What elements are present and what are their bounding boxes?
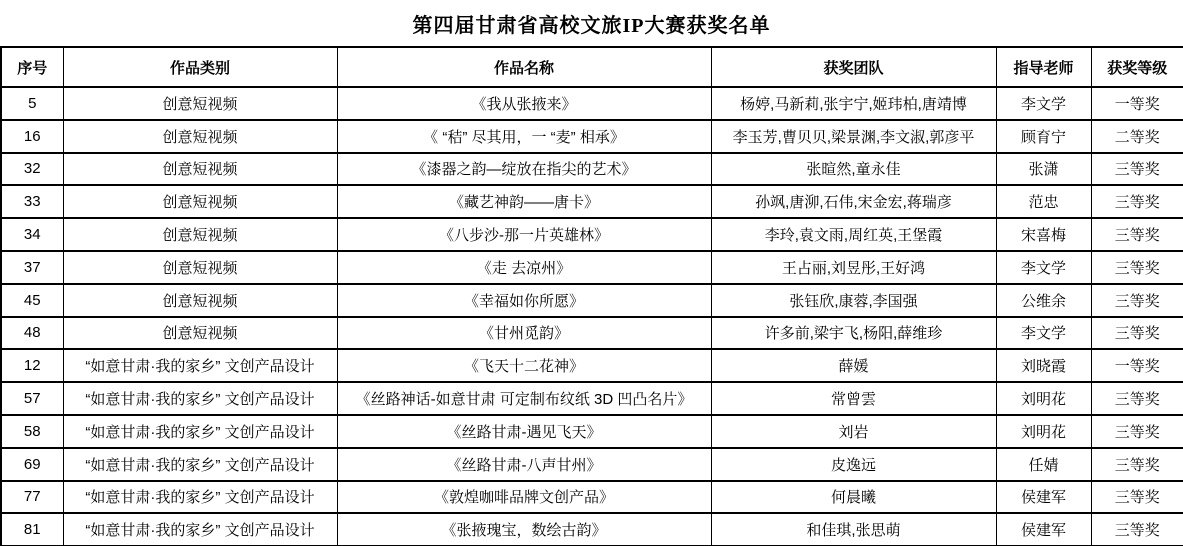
table-cell: 李文学	[996, 87, 1091, 120]
header-row: 序号 作品类别 作品名称 获奖团队 指导老师 获奖等级	[1, 47, 1183, 87]
table-cell: 皮逸远	[711, 448, 996, 481]
table-cell: 《八步沙-那一片英雄林》	[337, 218, 711, 251]
table-cell: 《走 去凉州》	[337, 251, 711, 284]
table-cell: 《我从张掖来》	[337, 87, 711, 120]
table-cell: 32	[1, 153, 63, 186]
table-cell: 李玲,袁文雨,周红英,王堡霞	[711, 218, 996, 251]
table-cell: 任婧	[996, 448, 1091, 481]
table-cell: 刘明花	[996, 415, 1091, 448]
table-cell: 创意短视频	[63, 284, 337, 317]
table-row: 77“如意甘肃·我的家乡” 文创产品设计《敦煌咖啡品牌文创产品》何晨曦侯建军三等…	[1, 481, 1183, 514]
table-row: 57“如意甘肃·我的家乡” 文创产品设计《丝路神话-如意甘肃 可定制布纹纸 3D…	[1, 382, 1183, 415]
table-cell: 刘岩	[711, 415, 996, 448]
table-cell: 三等奖	[1091, 317, 1183, 350]
page-title: 第四届甘肃省高校文旅IP大赛获奖名单	[413, 9, 771, 38]
table-cell: 创意短视频	[63, 185, 337, 218]
table-cell: 李文学	[996, 317, 1091, 350]
table-cell: “如意甘肃·我的家乡” 文创产品设计	[63, 513, 337, 546]
table-cell: 侯建军	[996, 481, 1091, 514]
table-cell: 张暄然,童永佳	[711, 153, 996, 186]
table-cell: 《 “秸” 尽其用，一 “麦” 相承》	[337, 120, 711, 153]
table-cell: 37	[1, 251, 63, 284]
table-cell: 张潇	[996, 153, 1091, 186]
table-cell: 二等奖	[1091, 120, 1183, 153]
table-row: 45创意短视频《幸福如你所愿》张钰欣,康蓉,李国强公维余三等奖	[1, 284, 1183, 317]
table-cell: 三等奖	[1091, 481, 1183, 514]
table-cell: 《丝路甘肃-八声甘州》	[337, 448, 711, 481]
column-header-advisor: 指导老师	[996, 47, 1091, 87]
table-cell: 三等奖	[1091, 153, 1183, 186]
table-cell: 《飞天十二花神》	[337, 349, 711, 382]
table-cell: 三等奖	[1091, 218, 1183, 251]
table-row: 5创意短视频《我从张掖来》杨婷,马新莉,张宇宁,姬玮柏,唐靖博李文学一等奖	[1, 87, 1183, 120]
table-cell: 三等奖	[1091, 382, 1183, 415]
table-cell: 48	[1, 317, 63, 350]
table-cell: 三等奖	[1091, 448, 1183, 481]
table-cell: 创意短视频	[63, 218, 337, 251]
table-cell: 《藏艺神韵——唐卡》	[337, 185, 711, 218]
column-header-work: 作品名称	[337, 47, 711, 87]
table-cell: “如意甘肃·我的家乡” 文创产品设计	[63, 481, 337, 514]
table-cell: 《甘州觅韵》	[337, 317, 711, 350]
table-cell: 《敦煌咖啡品牌文创产品》	[337, 481, 711, 514]
table-cell: 何晨曦	[711, 481, 996, 514]
table-cell: 58	[1, 415, 63, 448]
table-cell: 杨婷,马新莉,张宇宁,姬玮柏,唐靖博	[711, 87, 996, 120]
title-bar: 第四届甘肃省高校文旅IP大赛获奖名单	[0, 0, 1183, 46]
table-row: 32创意短视频《漆器之韵—绽放在指尖的艺术》张暄然,童永佳张潇三等奖	[1, 153, 1183, 186]
table-cell: 三等奖	[1091, 251, 1183, 284]
table-cell: 57	[1, 382, 63, 415]
table-cell: 刘明花	[996, 382, 1091, 415]
table-row: 81“如意甘肃·我的家乡” 文创产品设计《张掖瑰宝，数绘古韵》和佳琪,张思萌侯建…	[1, 513, 1183, 546]
table-row: 48创意短视频《甘州觅韵》许多前,梁宇飞,杨阳,薛维珍李文学三等奖	[1, 317, 1183, 350]
table-row: 16创意短视频《 “秸” 尽其用，一 “麦” 相承》李玉芳,曹贝贝,梁景渊,李文…	[1, 120, 1183, 153]
table-cell: 张钰欣,康蓉,李国强	[711, 284, 996, 317]
table-cell: 33	[1, 185, 63, 218]
table-cell: 《丝路甘肃-遇见飞天》	[337, 415, 711, 448]
table-cell: 刘晓霞	[996, 349, 1091, 382]
table-cell: 创意短视频	[63, 120, 337, 153]
table-row: 33创意短视频《藏艺神韵——唐卡》孙飒,唐泖,石伟,宋金宏,蒋瑞彦范忠三等奖	[1, 185, 1183, 218]
table-cell: 和佳琪,张思萌	[711, 513, 996, 546]
table-cell: “如意甘肃·我的家乡” 文创产品设计	[63, 415, 337, 448]
table-cell: 李玉芳,曹贝贝,梁景渊,李文淑,郭彦平	[711, 120, 996, 153]
table-cell: 34	[1, 218, 63, 251]
awards-table: 序号 作品类别 作品名称 获奖团队 指导老师 获奖等级 5创意短视频《我从张掖来…	[0, 46, 1183, 546]
table-cell: 顾育宁	[996, 120, 1091, 153]
table-cell: 侯建军	[996, 513, 1091, 546]
table-cell: 创意短视频	[63, 153, 337, 186]
table-cell: 77	[1, 481, 63, 514]
table-row: 37创意短视频《走 去凉州》王占丽,刘昱彤,王好鸿李文学三等奖	[1, 251, 1183, 284]
table-cell: 公维余	[996, 284, 1091, 317]
table-cell: 许多前,梁宇飞,杨阳,薛维珍	[711, 317, 996, 350]
table-cell: 王占丽,刘昱彤,王好鸿	[711, 251, 996, 284]
table-cell: 创意短视频	[63, 87, 337, 120]
table-cell: 创意短视频	[63, 317, 337, 350]
table-cell: 12	[1, 349, 63, 382]
table-cell: 69	[1, 448, 63, 481]
table-cell: 宋喜梅	[996, 218, 1091, 251]
table-cell: 薛媛	[711, 349, 996, 382]
table-row: 12“如意甘肃·我的家乡” 文创产品设计《飞天十二花神》薛媛刘晓霞一等奖	[1, 349, 1183, 382]
column-header-index: 序号	[1, 47, 63, 87]
table-cell: “如意甘肃·我的家乡” 文创产品设计	[63, 382, 337, 415]
table-cell: 《丝路神话-如意甘肃 可定制布纹纸 3D 凹凸名片》	[337, 382, 711, 415]
table-cell: 45	[1, 284, 63, 317]
table-cell: 三等奖	[1091, 185, 1183, 218]
column-header-category: 作品类别	[63, 47, 337, 87]
table-cell: 创意短视频	[63, 251, 337, 284]
table-cell: 常曾雲	[711, 382, 996, 415]
table-row: 34创意短视频《八步沙-那一片英雄林》李玲,袁文雨,周红英,王堡霞宋喜梅三等奖	[1, 218, 1183, 251]
table-cell: 5	[1, 87, 63, 120]
table-cell: 《张掖瑰宝，数绘古韵》	[337, 513, 711, 546]
table-cell: 三等奖	[1091, 415, 1183, 448]
table-row: 69“如意甘肃·我的家乡” 文创产品设计《丝路甘肃-八声甘州》皮逸远任婧三等奖	[1, 448, 1183, 481]
table-cell: 一等奖	[1091, 87, 1183, 120]
table-cell: 《幸福如你所愿》	[337, 284, 711, 317]
table-cell: 三等奖	[1091, 513, 1183, 546]
table-cell: “如意甘肃·我的家乡” 文创产品设计	[63, 349, 337, 382]
table-cell: 《漆器之韵—绽放在指尖的艺术》	[337, 153, 711, 186]
table-cell: 范忠	[996, 185, 1091, 218]
table-row: 58“如意甘肃·我的家乡” 文创产品设计《丝路甘肃-遇见飞天》刘岩刘明花三等奖	[1, 415, 1183, 448]
table-cell: 一等奖	[1091, 349, 1183, 382]
column-header-team: 获奖团队	[711, 47, 996, 87]
table-cell: 孙飒,唐泖,石伟,宋金宏,蒋瑞彦	[711, 185, 996, 218]
table-cell: “如意甘肃·我的家乡” 文创产品设计	[63, 448, 337, 481]
table-cell: 李文学	[996, 251, 1091, 284]
table-cell: 16	[1, 120, 63, 153]
column-header-award: 获奖等级	[1091, 47, 1183, 87]
table-cell: 81	[1, 513, 63, 546]
table-body: 5创意短视频《我从张掖来》杨婷,马新莉,张宇宁,姬玮柏,唐靖博李文学一等奖16创…	[1, 87, 1183, 546]
table-cell: 三等奖	[1091, 284, 1183, 317]
